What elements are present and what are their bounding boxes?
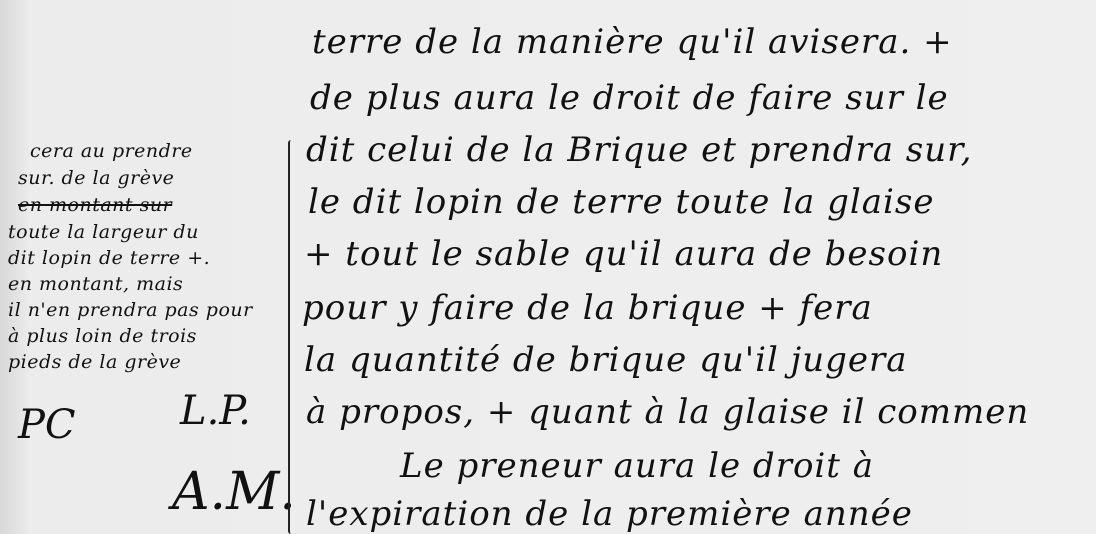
margin-bracket [288,140,296,534]
margin-line: à plus loin de trois [8,325,197,347]
text-line: à propos, + quant à la glaise il commen [306,392,1029,432]
text-line: la quantité de brique qu'il jugera [304,340,908,380]
manuscript-page: cera au prendre sur. de la grève en mont… [0,0,1096,534]
initials-lp: L.P. [180,388,251,434]
margin-line-struck: en montant sur [18,194,172,216]
margin-line: sur. de la grève [18,167,174,189]
text-line: dit celui de la Brique et prendra sur, [306,130,972,170]
margin-line: il n'en prendra pas pour [8,299,253,321]
text-line: le dit lopin de terre toute la glaise [308,182,934,222]
margin-annotation: cera au prendre sur. de la grève en mont… [0,0,292,534]
text-line: + tout le sable qu'il aura de besoin [304,234,943,274]
text-line: terre de la manière qu'il avisera. + [312,22,953,62]
initials-pc: PC [18,402,76,448]
text-line: Le preneur aura le droit à [400,446,874,486]
main-text: terre de la manière qu'il avisera. + de … [300,0,1096,534]
text-line: pour y faire de la brique + fera [302,288,873,328]
text-line: l'expiration de la première année [306,494,913,534]
margin-line: pieds de la grève [8,351,181,373]
margin-line: toute la largeur du [8,221,199,243]
margin-line: cera au prendre [30,140,193,162]
text-line: de plus aura le droit de faire sur le [310,78,949,118]
initials-am: A.M. [172,462,296,522]
margin-line: dit lopin de terre +. [8,247,210,269]
margin-line: en montant, mais [8,273,183,295]
